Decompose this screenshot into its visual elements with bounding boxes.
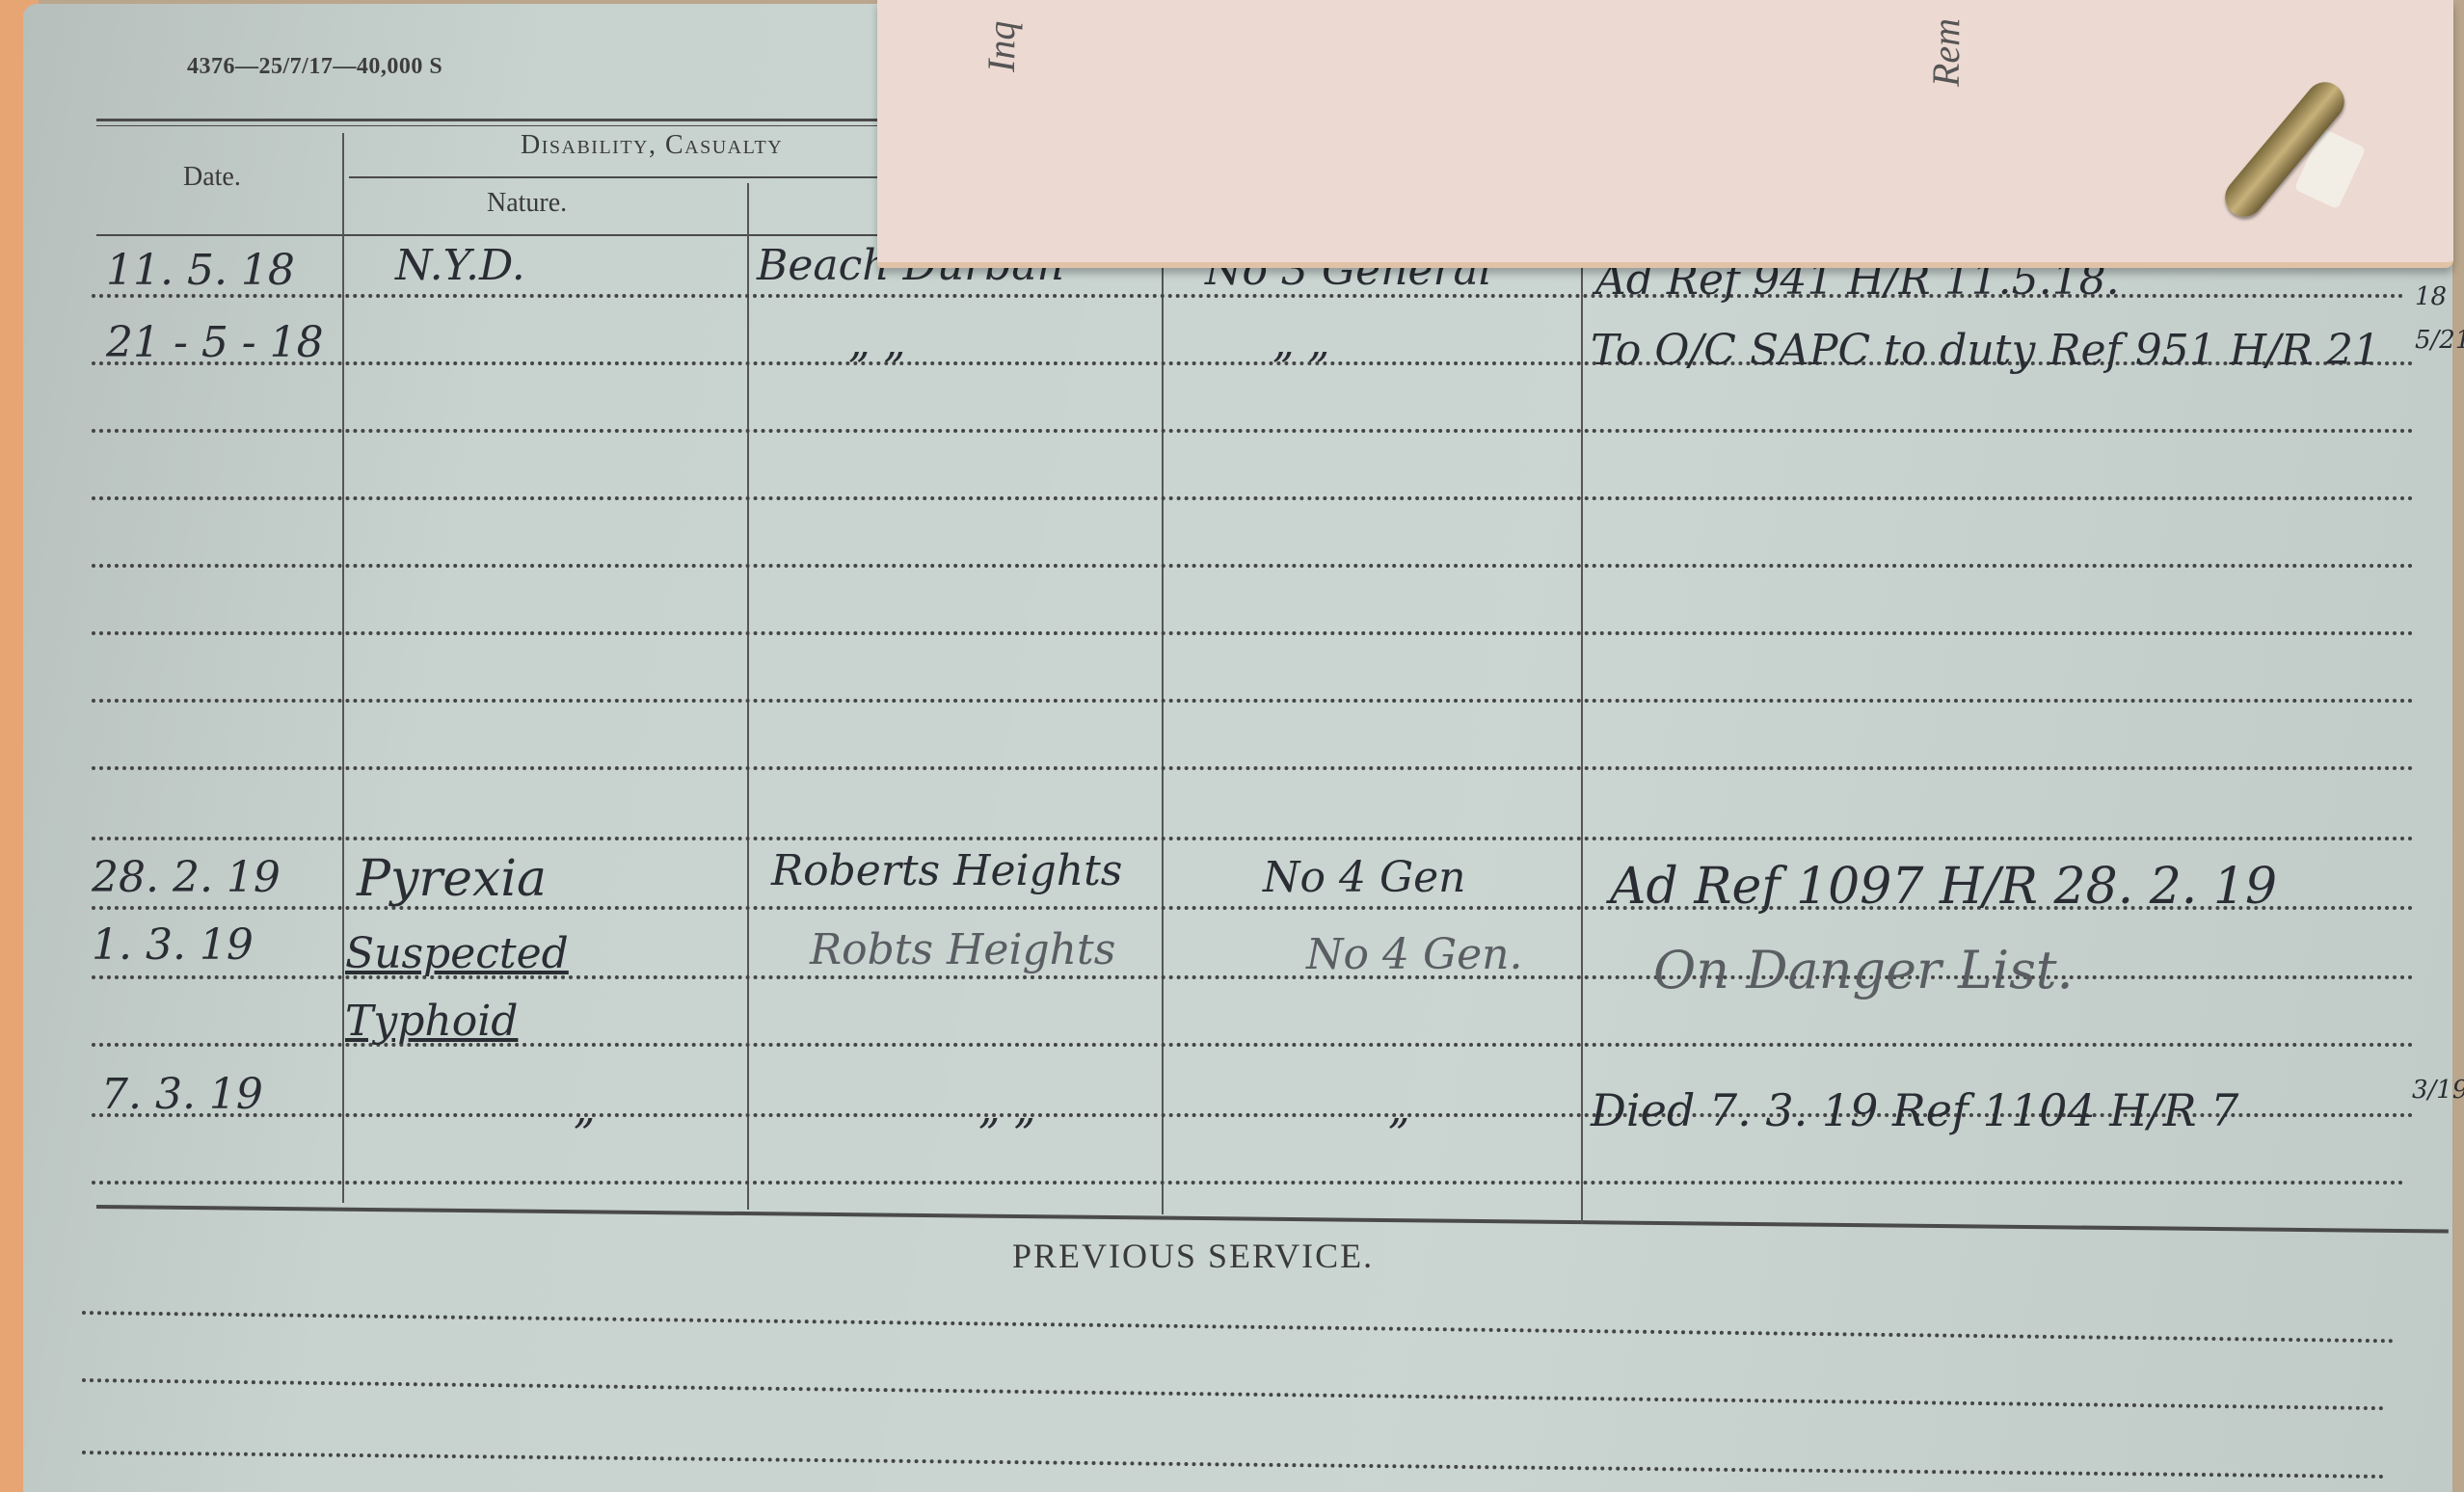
entry-place: Robts Heights xyxy=(810,925,1115,974)
entry-date: 21 - 5 - 18 xyxy=(106,318,324,367)
entry-remarks: Ad Ref 1097 H/R 28. 2. 19 xyxy=(1610,858,2277,916)
entry-nature: N.Y.D. xyxy=(395,241,525,290)
date-column-header: Date. xyxy=(183,162,241,193)
entry-place-ditto: „ „ xyxy=(848,318,906,367)
print-code: 4376—25/7/17—40,000 S xyxy=(187,54,442,80)
entry-nature: Suspected Typhoid xyxy=(345,920,702,1055)
entry-hospital: No 4 Gen. xyxy=(1306,930,1522,979)
column-divider-nature xyxy=(747,183,749,1210)
entry-place-ditto: „ „ xyxy=(978,1084,1036,1133)
entry-date: 7. 3. 19 xyxy=(101,1070,263,1119)
entry-hospital-ditto: „ xyxy=(1388,1084,1410,1133)
entry-date: 11. 5. 18 xyxy=(106,246,295,295)
margin-note: 3/19 xyxy=(2412,1078,2464,1103)
previous-service-title: PREVIOUS SERVICE. xyxy=(1012,1236,1374,1276)
slip-partial-label-right: Rem xyxy=(1923,18,1969,87)
entry-remarks: To O/C SAPC to duty Ref 951 H/R 21 xyxy=(1591,326,2380,375)
entry-nature: Pyrexia xyxy=(357,850,547,908)
slip-partial-label-left: Inq xyxy=(978,21,1024,72)
nature-column-header: Nature. xyxy=(487,188,567,219)
disability-group-header: Disability, Casualty xyxy=(521,130,783,161)
entry-hospital: No 4 Gen xyxy=(1263,853,1465,902)
column-divider-hospital xyxy=(1581,236,1583,1224)
margin-note: 5/21 xyxy=(2415,328,2464,353)
entry-place: Roberts Heights xyxy=(771,846,1122,895)
entry-hospital-ditto: „ „ xyxy=(1272,318,1330,367)
entry-remarks: On Danger List. xyxy=(1653,940,2074,1000)
margin-note: 18 xyxy=(2415,284,2447,309)
entry-date: 28. 2. 19 xyxy=(92,853,281,902)
entry-nature-ditto: „ xyxy=(574,1084,596,1133)
column-divider-place xyxy=(1162,236,1164,1214)
entry-remarks: Died 7. 3. 19 Ref 1104 H/R 7 xyxy=(1591,1084,2238,1136)
attached-slip: Inq Rem xyxy=(877,0,2453,268)
entry-date: 1. 3. 19 xyxy=(92,920,254,970)
